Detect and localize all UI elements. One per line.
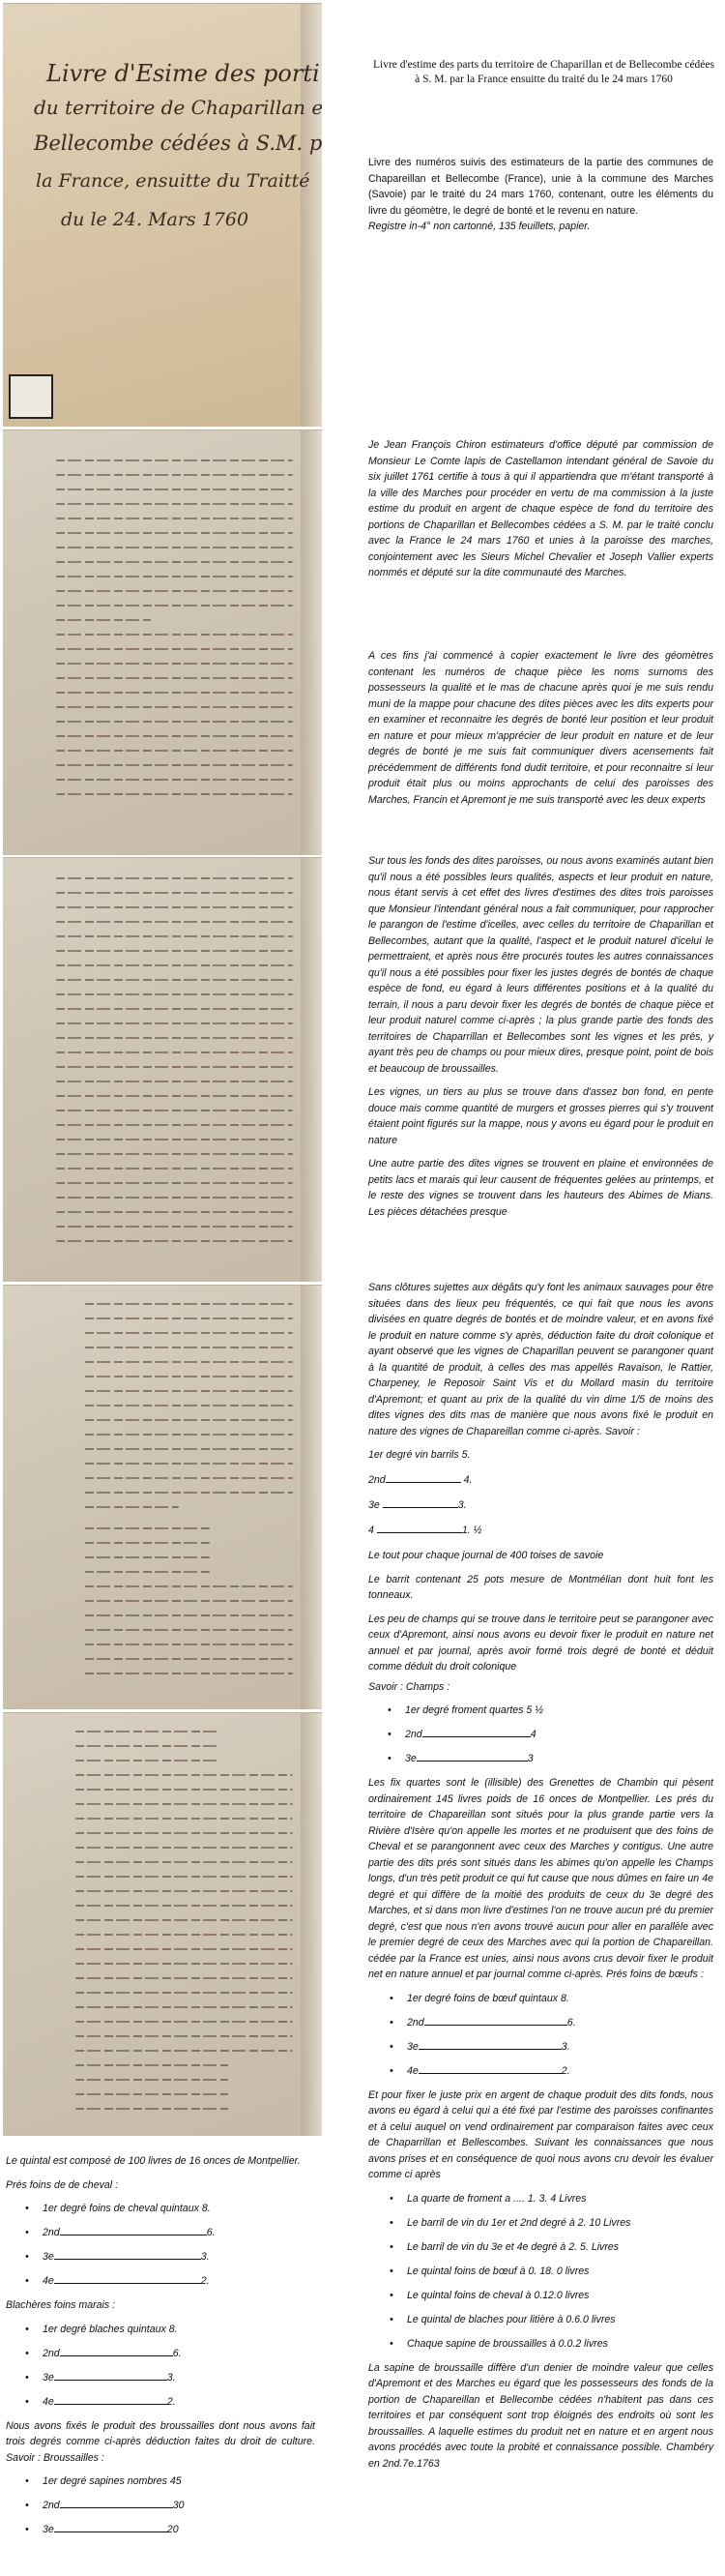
paragraph: Le tout pour chaque journal de 400 toise… (368, 1548, 713, 1564)
handwriting-lines (56, 459, 293, 808)
transcription-block-2: A ces fins j'ai commencé à copier exacte… (368, 648, 713, 815)
list-item: 4e2. (390, 2063, 713, 2079)
list-item: 1er degré froment quartes 5 ½ (388, 1703, 713, 1718)
handwriting-lines (56, 877, 293, 1255)
list-item: 3e3. (25, 2370, 315, 2385)
page-edge (301, 430, 322, 855)
transcription-block-4: Sans clôtures sujettes aux dégâts qu'y f… (368, 1280, 713, 2479)
manuscript-page-4-photo (3, 1712, 322, 2136)
document-description: Livre des numéros suivis des estimateurs… (368, 155, 713, 235)
list-item: 2nd6. (25, 2225, 315, 2240)
ox-hay-degree-list: 1er degré foins de bœuf quintaux 8. 2nd6… (368, 1991, 713, 2079)
price-list: La quarte de froment a .... 1. 3. 4 Livr… (368, 2191, 713, 2352)
price-item: Le quintal de blaches pour litière à 0.6… (390, 2312, 713, 2327)
handwriting-lines (75, 1731, 293, 2122)
cover-page-photo: Livre d'Esime des porti du territoire de… (3, 3, 322, 427)
price-item: Le quintal foins de bœuf à 0. 18. 0 livr… (390, 2264, 713, 2279)
cover-handwriting-line: Livre d'Esime des porti (46, 60, 320, 87)
paragraph: Le barrit contenant 25 pots mesure de Mo… (368, 1572, 713, 1604)
list-item: 1er degré foins de cheval quintaux 8. (25, 2201, 315, 2216)
manuscript-page-3-photo (3, 1285, 322, 1709)
document-title: Livre d'estime des parts du territoire d… (372, 58, 715, 87)
list-item: 2nd 4. (368, 1472, 713, 1488)
list-item: 3e3. (25, 2249, 315, 2265)
marsh-hay-degree-list: 1er degré blaches quintaux 8. 2nd6. 3e3.… (6, 2322, 315, 2410)
vines-degree-list: 1er degré vin barrils 5. 2nd 4. 3e 3. 4 … (368, 1447, 713, 1538)
archive-label (9, 374, 53, 419)
transcription-block-left: Le quintal est composé de 100 livres de … (6, 2153, 315, 2546)
description-text: Livre des numéros suivis des estimateurs… (368, 155, 713, 219)
brush-degree-list: 1er degré sapines nombres 45 2nd30 3e20 (6, 2473, 315, 2537)
paragraph: La sapine de broussaille diffère d'un de… (368, 2360, 713, 2472)
price-item: Le quintal foins de cheval à 0.12.0 livr… (390, 2288, 713, 2303)
fields-degree-list: 1er degré froment quartes 5 ½ 2nd4 3e3 (368, 1703, 713, 1766)
cover-handwriting-line: Bellecombe cédées à S.M. par (34, 132, 322, 155)
page-edge (301, 858, 322, 1282)
horse-hay-degree-list: 1er degré foins de cheval quintaux 8. 2n… (6, 2201, 315, 2289)
transcription-block-1: Je Jean François Chiron estimateurs d'of… (368, 437, 713, 589)
list-item: 1er degré sapines nombres 45 (25, 2473, 315, 2489)
list-item: 1er degré foins de bœuf quintaux 8. (390, 1991, 713, 2006)
price-item: La quarte de froment a .... 1. 3. 4 Livr… (390, 2191, 713, 2206)
list-item: 2nd6. (25, 2346, 315, 2361)
paragraph: Sur tous les fonds des dites paroisses, … (368, 853, 713, 1077)
cover-handwriting-line: la France, ensuitte du Traitté (36, 170, 309, 192)
page-edge (301, 1713, 322, 2136)
list-item: 3e 3. (368, 1497, 713, 1513)
paragraph: Nous avons fixés le produit des broussai… (6, 2418, 315, 2467)
quintal-note: Le quintal est composé de 100 livres de … (6, 2153, 315, 2170)
list-item: 4 1. ½ (368, 1523, 713, 1538)
list-item: 2nd6. (390, 2015, 713, 2030)
paragraph: Et pour fixer le juste prix en argent de… (368, 2087, 713, 2183)
list-item: 3e3. (390, 2039, 713, 2055)
fields-heading: Savoir : Champs : (368, 1679, 713, 1696)
price-item: Le barril de vin du 1er et 2nd degré à 2… (390, 2215, 713, 2231)
list-item: 4e2. (25, 2273, 315, 2289)
list-item: 3e20 (25, 2522, 315, 2537)
page-edge (301, 1286, 322, 1709)
list-item: 2nd30 (25, 2498, 315, 2513)
list-item: 2nd4 (388, 1727, 713, 1742)
transcription-block-3: Sur tous les fonds des dites paroisses, … (368, 853, 713, 1228)
paragraph: Je Jean François Chiron estimateurs d'of… (368, 437, 713, 581)
register-note: Registre in-4° non cartonné, 135 feuille… (368, 219, 713, 235)
list-item: 1er degré blaches quintaux 8. (25, 2322, 315, 2337)
cover-handwriting-line: du territoire de Chaparillan et (34, 96, 322, 119)
paragraph: Les peu de champs qui se trouve dans le … (368, 1612, 713, 1675)
paragraph: A ces fins j'ai commencé à copier exacte… (368, 648, 713, 808)
manuscript-page-1-photo (3, 429, 322, 855)
price-item: Le barril de vin du 3e et 4e degré à 2. … (390, 2239, 713, 2255)
manuscript-page-2-photo (3, 857, 322, 1282)
paragraph: Sans clôtures sujettes aux dégâts qu'y f… (368, 1280, 713, 1439)
handwriting-lines (85, 1303, 293, 1687)
list-item: 3e3 (388, 1751, 713, 1766)
list-item: 1er degré vin barrils 5. (368, 1447, 713, 1463)
marsh-hay-heading: Blachères foins marais : (6, 2297, 315, 2314)
cover-handwriting-line: du le 24. Mars 1760 (61, 209, 248, 230)
horse-hay-heading: Prés foins de de cheval : (6, 2177, 315, 2194)
paragraph: Une autre partie des dites vignes se tro… (368, 1156, 713, 1220)
price-item: Chaque sapine de broussailles à 0.0.2 li… (390, 2336, 713, 2352)
paragraph: Les vignes, un tiers au plus se trouve d… (368, 1084, 713, 1148)
paragraph: Les fix quartes sont le (illisible) des … (368, 1775, 713, 1983)
list-item: 4e2. (25, 2394, 315, 2410)
